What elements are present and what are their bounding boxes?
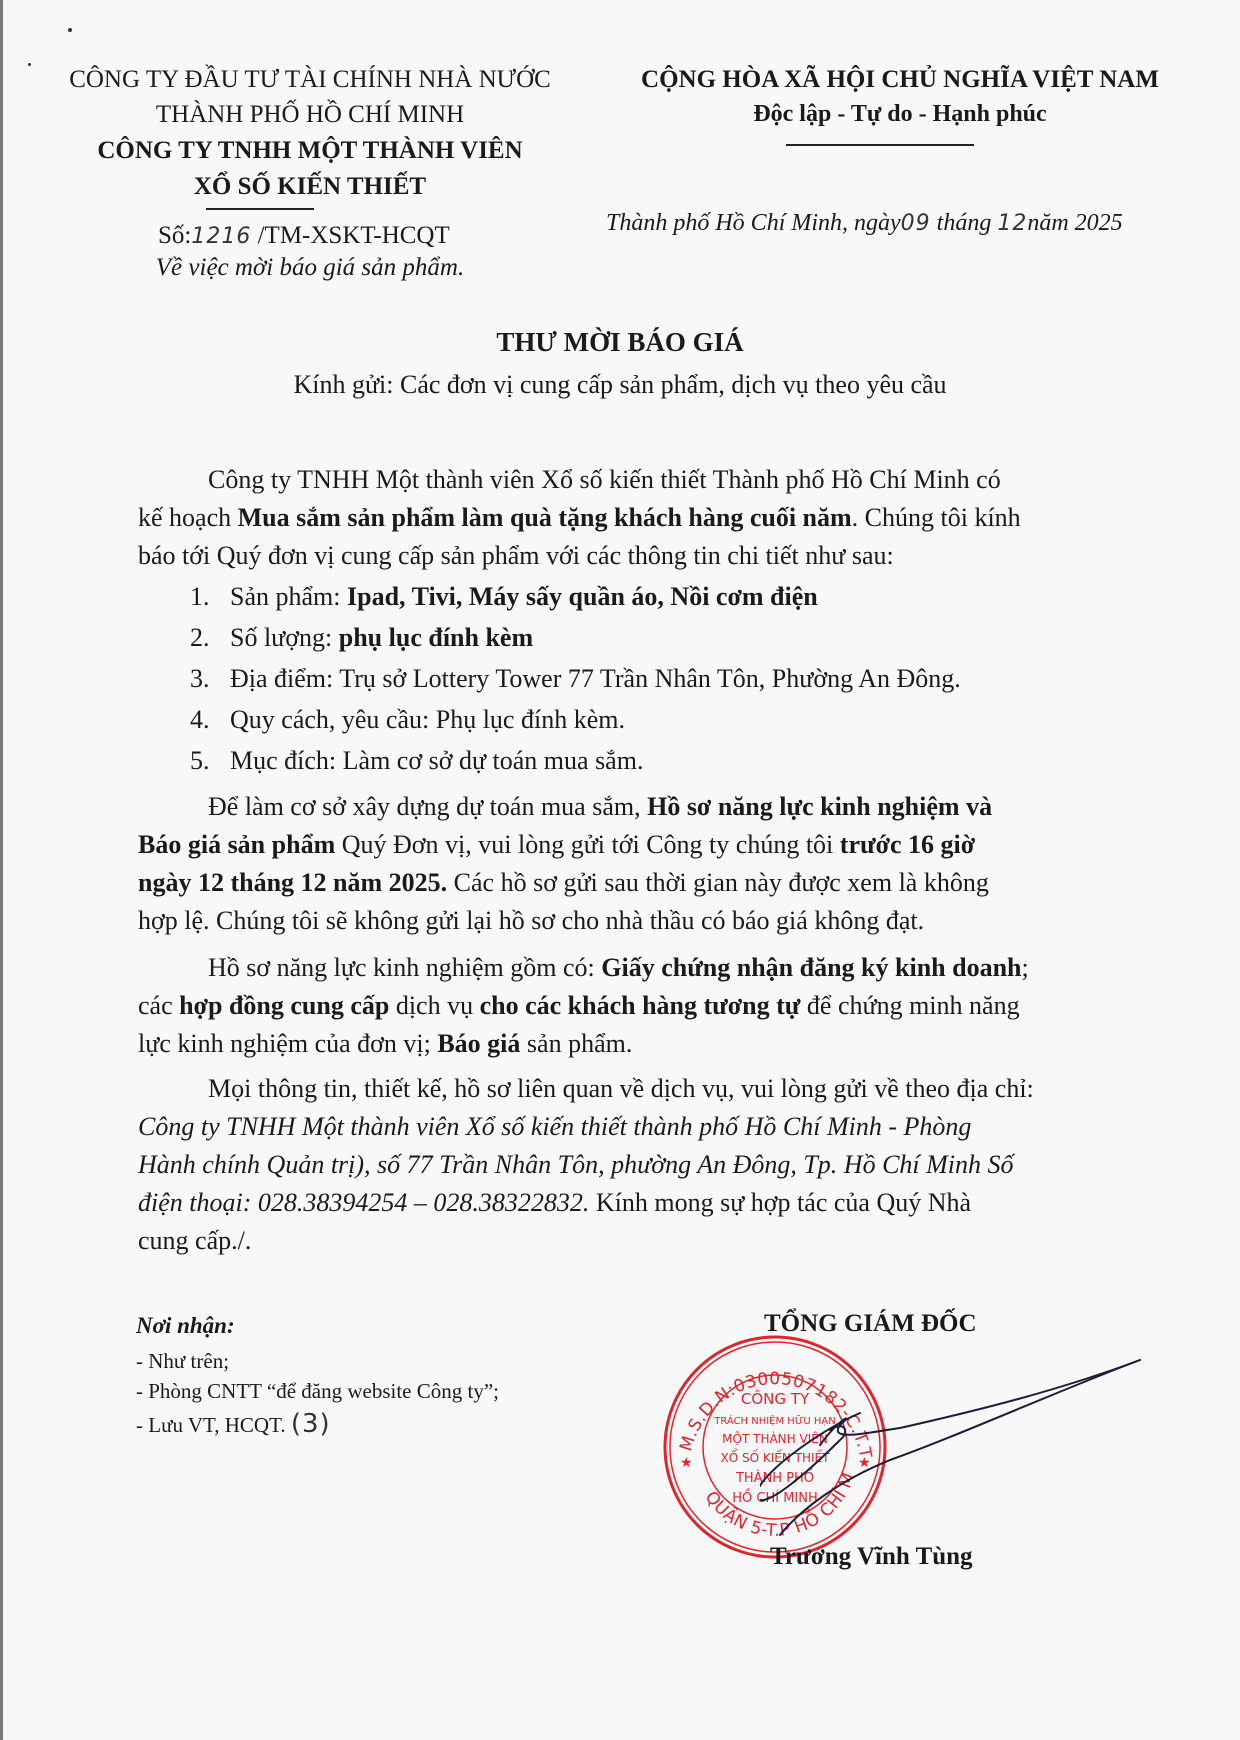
date-day: 09 — [901, 211, 931, 236]
list-item: 1.Sản phẩm: Ipad, Tivi, Máy sấy quần áo,… — [190, 576, 961, 617]
recipient-item: - Lưu VT, HCQT. (3) — [136, 1409, 331, 1439]
header-right-rule — [786, 144, 974, 146]
deadline-paragraph: Để làm cơ sở xây dựng dự toán mua sắm, H… — [138, 788, 1138, 940]
contact-phone-line: điện thoại: 028.38394254 – 028.38322832.… — [138, 1184, 1138, 1222]
contact-address-line: Công ty TNHH Một thành viên Xổ số kiến t… — [138, 1108, 1138, 1146]
list-item: 2.Số lượng: phụ lục đính kèm — [190, 617, 961, 658]
contact-paragraph: Mọi thông tin, thiết kế, hồ sơ liên quan… — [138, 1070, 1138, 1260]
intro-line: Công ty TNHH Một thành viên Xổ số kiến t… — [138, 461, 1138, 499]
deadline-line: hợp lệ. Chúng tôi sẽ không gửi lại hồ sơ… — [138, 902, 1138, 940]
recipient-item: - Phòng CNTT “để đăng website Công ty”; — [136, 1379, 499, 1404]
contact-address-line: Hành chính Quản trị), số 77 Trần Nhân Tô… — [138, 1146, 1138, 1184]
recipient-item: - Như trên; — [136, 1349, 229, 1374]
date-prefix: Thành phố Hồ Chí Minh, ngày — [606, 210, 901, 236]
deadline-line: Để làm cơ sở xây dựng dự toán mua sắm, H… — [138, 788, 1138, 826]
contact-line: Mọi thông tin, thiết kế, hồ sơ liên quan… — [138, 1070, 1138, 1108]
document-page: CÔNG TY ĐẦU TƯ TÀI CHÍNH NHÀ NƯỚC THÀNH … — [0, 0, 1240, 1740]
deadline-line: ngày 12 tháng 12 năm 2025. Các hồ sơ gửi… — [138, 864, 1138, 902]
signer-name: Trương Vĩnh Tùng — [770, 1543, 973, 1571]
details-list: 1.Sản phẩm: Ipad, Tivi, Máy sấy quần áo,… — [190, 576, 961, 781]
requirements-paragraph: Hồ sơ năng lực kinh nghiệm gồm có: Giấy … — [138, 949, 1138, 1063]
intro-paragraph: Công ty TNHH Một thành viên Xổ số kiến t… — [138, 461, 1138, 575]
date-month-label: tháng — [937, 210, 992, 236]
svg-text:★: ★ — [680, 1455, 693, 1471]
signature-scribble-icon — [760, 1340, 1160, 1560]
org-name-line1: CÔNG TY TNHH MỘT THÀNH VIÊN — [30, 137, 590, 165]
deadline-line: Báo giá sản phẩm Quý Đơn vị, vui lòng gử… — [138, 826, 1138, 864]
date-month: 12 — [997, 211, 1027, 236]
org-parent-city: THÀNH PHỐ HỒ CHÍ MINH — [30, 101, 590, 129]
org-parent-name: CÔNG TY ĐẦU TƯ TÀI CHÍNH NHÀ NƯỚC — [30, 66, 590, 94]
greeting: Kính gửi: Các đơn vị cung cấp sản phẩm, … — [0, 370, 1240, 400]
header-left-rule — [206, 208, 314, 210]
document-number: Số:1216 /TM-XSKT-HCQT — [158, 222, 450, 250]
list-item: 4.Quy cách, yêu cầu: Phụ lục đính kèm. — [190, 699, 961, 740]
document-date: Thành phố Hồ Chí Minh, ngày09 tháng 12nă… — [606, 210, 1123, 237]
scan-speck — [68, 28, 72, 32]
list-item: 5.Mục đích: Làm cơ sở dự toán mua sắm. — [190, 740, 961, 781]
nation-name: CỘNG HÒA XÃ HỘI CHỦ NGHĨA VIỆT NAM — [610, 66, 1190, 94]
scan-edge — [0, 0, 3, 1740]
date-year: năm 2025 — [1027, 210, 1122, 236]
recipients-title: Nơi nhận: — [136, 1313, 235, 1339]
document-subject: Về việc mời báo giá sản phẩm. — [30, 254, 590, 282]
number-suffix: /TM-XSKT-HCQT — [258, 222, 450, 249]
org-name-line2: XỔ SỐ KIẾN THIẾT — [30, 173, 590, 201]
intro-line: kế hoạch Mua sắm sản phẩm làm quà tặng k… — [138, 499, 1138, 537]
contact-line: cung cấp./. — [138, 1222, 1138, 1260]
intro-line: báo tới Quý đơn vị cung cấp sản phẩm với… — [138, 537, 1138, 575]
requirements-line: các hợp đồng cung cấp dịch vụ cho các kh… — [138, 987, 1138, 1025]
list-item: 3.Địa điểm: Trụ sở Lottery Tower 77 Trần… — [190, 658, 961, 699]
requirements-line: Hồ sơ năng lực kinh nghiệm gồm có: Giấy … — [138, 949, 1138, 987]
number-prefix: Số: — [158, 222, 191, 249]
nation-motto: Độc lập - Tự do - Hạnh phúc — [610, 101, 1190, 128]
number-handwritten: 1216 — [191, 224, 251, 249]
requirements-line: lực kinh nghiệm của đơn vị; Báo giá sản … — [138, 1025, 1138, 1063]
copies-handwritten: (3) — [291, 1409, 331, 1439]
document-title: THƯ MỜI BÁO GIÁ — [0, 327, 1240, 358]
